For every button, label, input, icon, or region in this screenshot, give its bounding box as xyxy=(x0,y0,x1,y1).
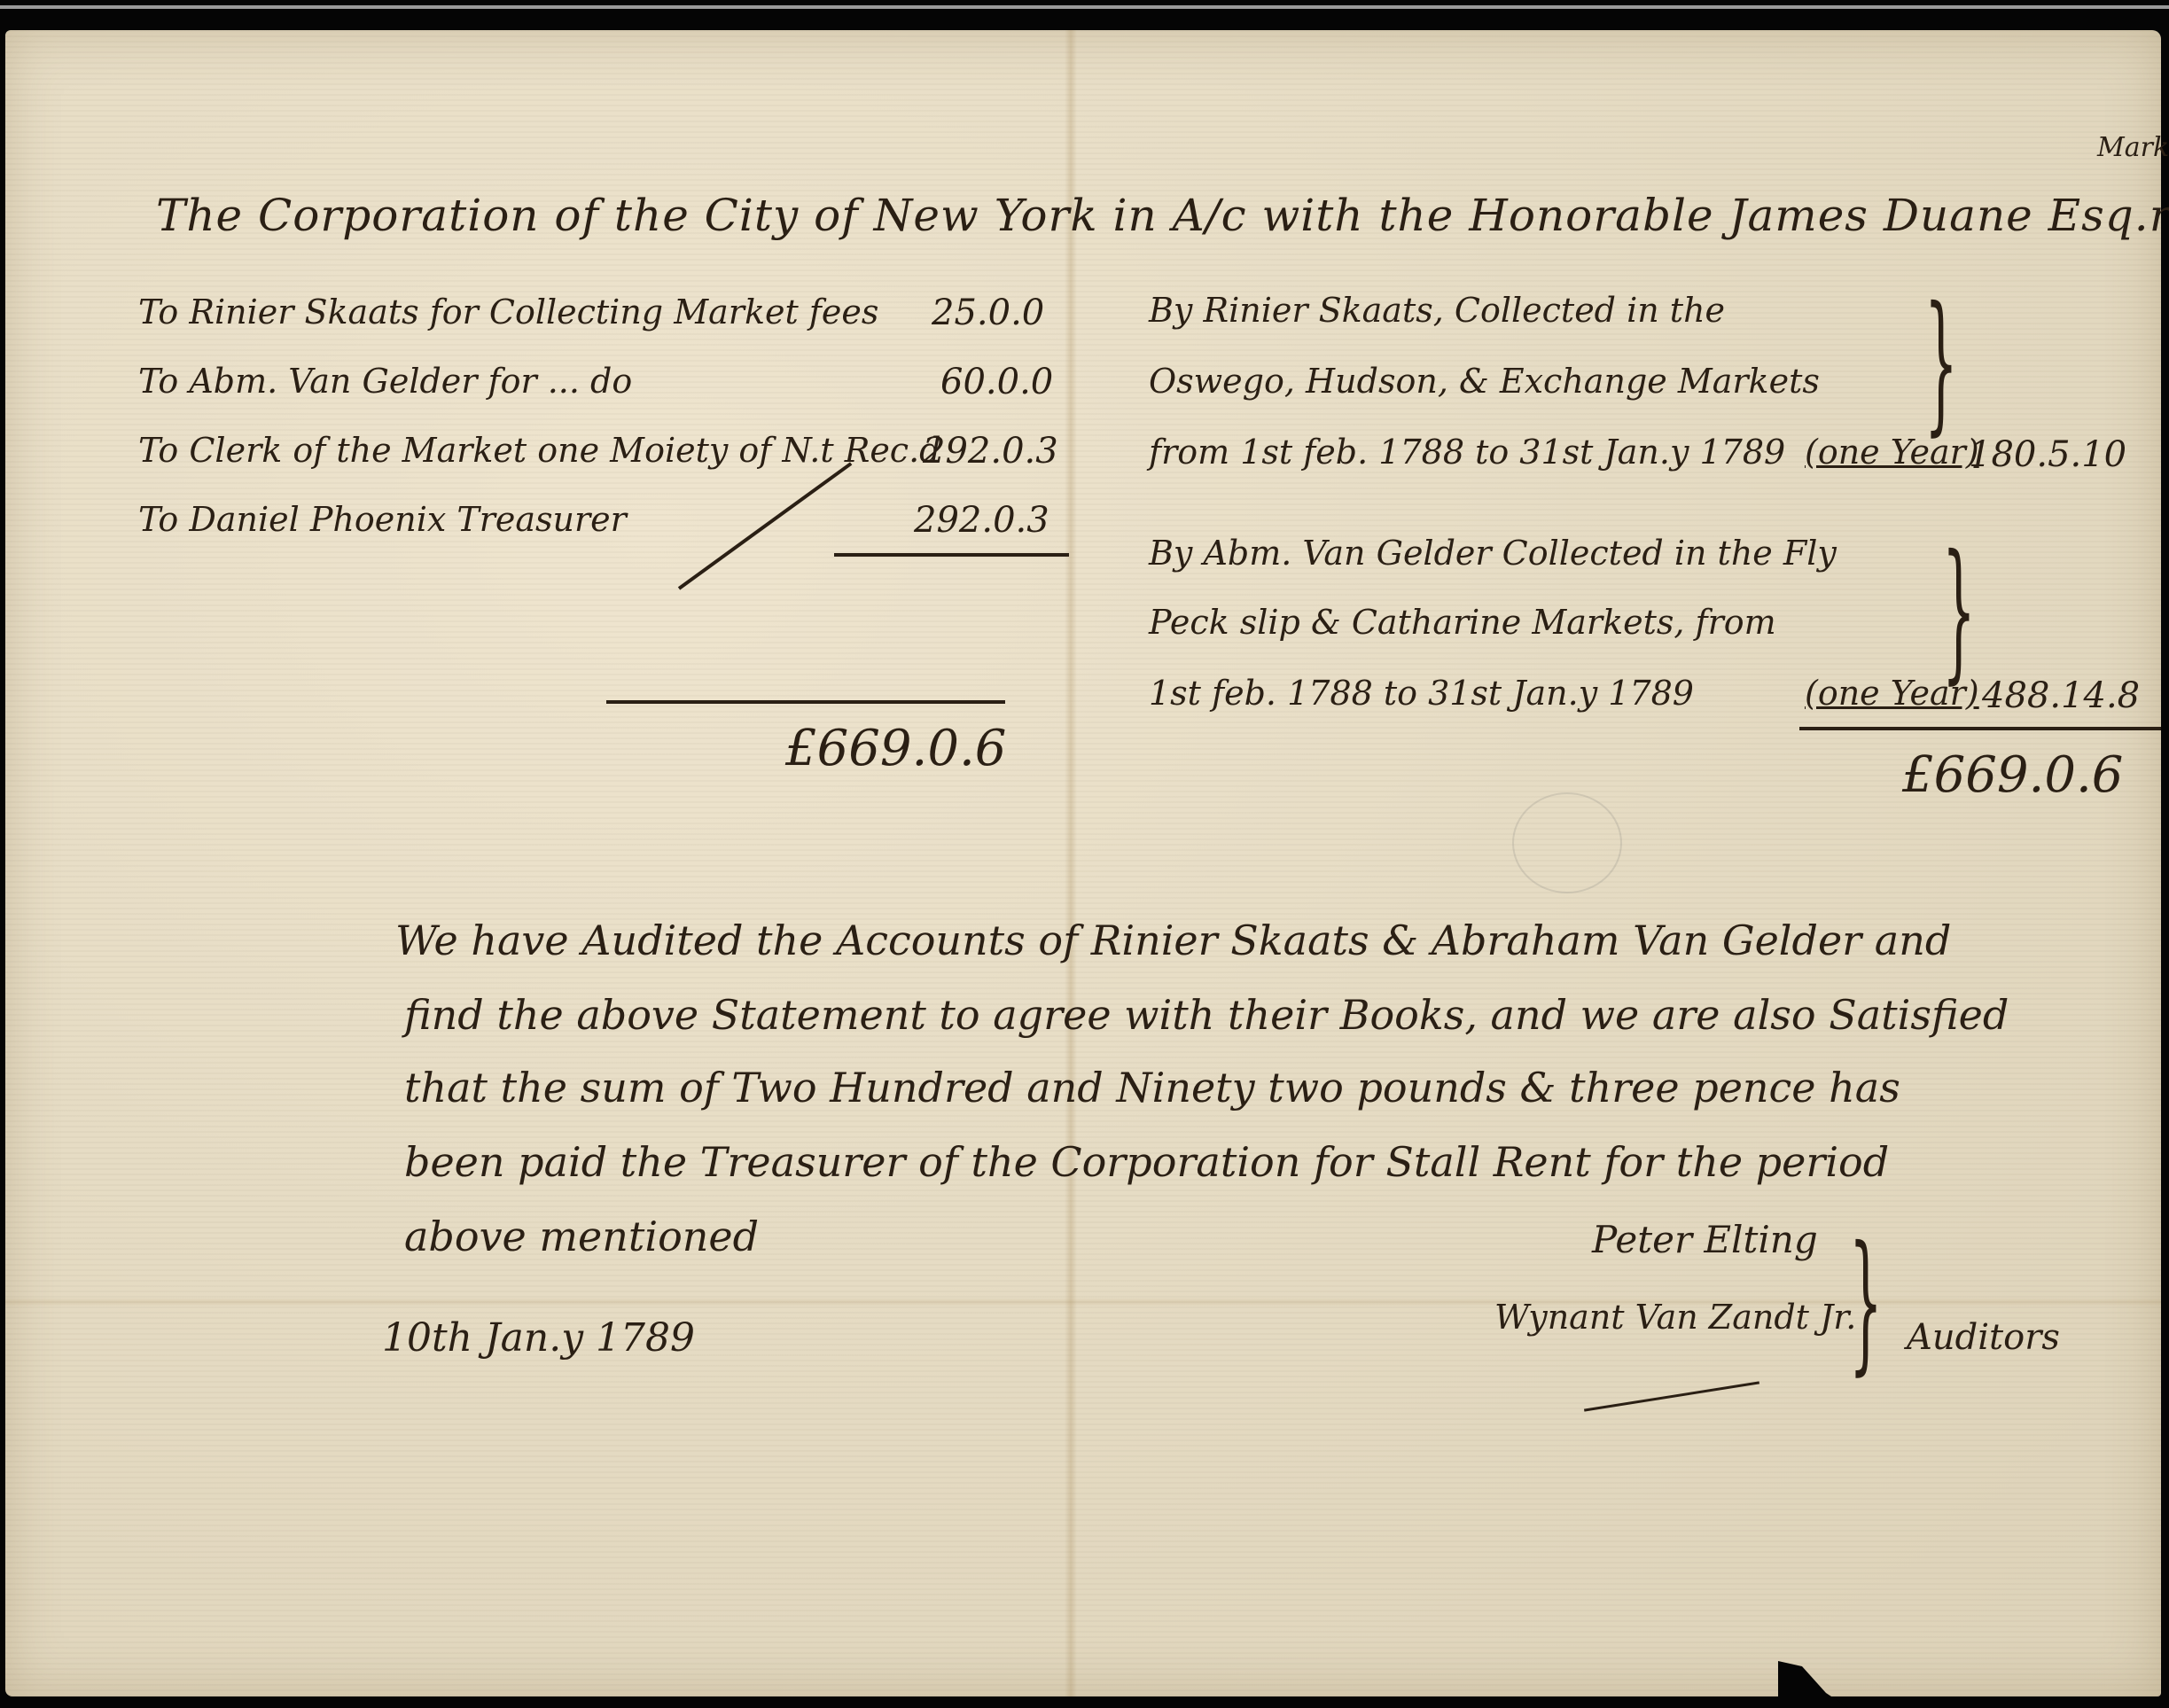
debit-entry-text: To Abm. Van Gelder for ... do xyxy=(138,362,632,401)
debit-entry: To Daniel Phoenix Treasurer xyxy=(138,500,627,539)
debit-total: £669.0.6 xyxy=(785,720,1006,777)
signature-flourish xyxy=(1584,1381,1759,1411)
heading-insert-markets: Markets xyxy=(2097,132,2169,163)
vertical-fold-crease xyxy=(1065,30,1077,1696)
signature-wynant-van-zandt: Wynant Van Zandt Jr. xyxy=(1494,1298,1856,1337)
credit-entry-line: Oswego, Hudson, & Exchange Markets xyxy=(1149,362,1820,401)
audit-statement-line: find the above Statement to agree with t… xyxy=(404,991,2009,1039)
torn-corner xyxy=(1778,1661,1858,1708)
signature-peter-elting: Peter Elting xyxy=(1592,1218,1818,1261)
credit-entry-line: By Rinier Skaats, Collected in the xyxy=(1149,291,1725,330)
audit-statement-line: above mentioned xyxy=(404,1213,759,1260)
debit-entry-amount: 25.0.0 xyxy=(932,292,1044,333)
credit-entry-line: from 1st feb. 1788 to 31st Jan.y 1789 xyxy=(1149,433,1785,472)
audit-statement-line: We have Audited the Accounts of Rinier S… xyxy=(395,916,1951,964)
credit-total: £669.0.6 xyxy=(1902,746,2123,804)
account-heading: The Corporation of the City of New York … xyxy=(156,190,2169,241)
credit-entry-line: Peck slip & Catharine Markets, from xyxy=(1149,603,1776,642)
audit-statement-line: been paid the Treasurer of the Corporati… xyxy=(404,1138,1889,1186)
total-rule xyxy=(1799,727,2161,730)
total-rule xyxy=(606,700,1005,704)
manuscript-page: The Corporation of the City of New York … xyxy=(5,30,2161,1696)
debit-entry-amount: 292.0.3 xyxy=(914,500,1049,541)
debit-entry-amount: 60.0.0 xyxy=(940,362,1053,402)
debit-entry: To Abm. Van Gelder for ... do xyxy=(138,362,632,401)
credit-entry-amount: 180.5.10 xyxy=(1969,434,2126,475)
audit-statement-line: that the sum of Two Hundred and Ninety t… xyxy=(404,1064,1900,1111)
brace-bracket: } xyxy=(1942,535,1976,686)
subtotal-rule xyxy=(834,553,1069,557)
debit-entry-text: To Clerk of the Market one Moiety of N.t… xyxy=(138,431,941,470)
brace-bracket: } xyxy=(1924,287,1958,438)
debit-entry-text: To Rinier Skaats for Collecting Market f… xyxy=(138,292,878,331)
scan-frame-edge xyxy=(0,5,2169,9)
signatories-role: Auditors xyxy=(1907,1317,2060,1358)
debit-entry: To Clerk of the Market one Moiety of N.t… xyxy=(138,431,941,470)
debit-entry: To Rinier Skaats for Collecting Market f… xyxy=(138,292,878,331)
debit-entry-amount: 292.0.3 xyxy=(923,431,1058,472)
debit-entry-text: To Daniel Phoenix Treasurer xyxy=(138,500,627,539)
document-date: 10th Jan.y 1789 xyxy=(382,1315,695,1361)
credit-entry-line: By Abm. Van Gelder Collected in the Fly xyxy=(1149,534,1837,573)
signatures-brace: } xyxy=(1849,1227,1883,1377)
balance-diagonal-rule xyxy=(678,462,853,589)
credit-entry-amount: 488.14.8 xyxy=(1982,675,2140,716)
credit-entry-line: 1st feb. 1788 to 31st Jan.y 1789 xyxy=(1149,674,1694,713)
paper-watermark xyxy=(1512,792,1622,893)
